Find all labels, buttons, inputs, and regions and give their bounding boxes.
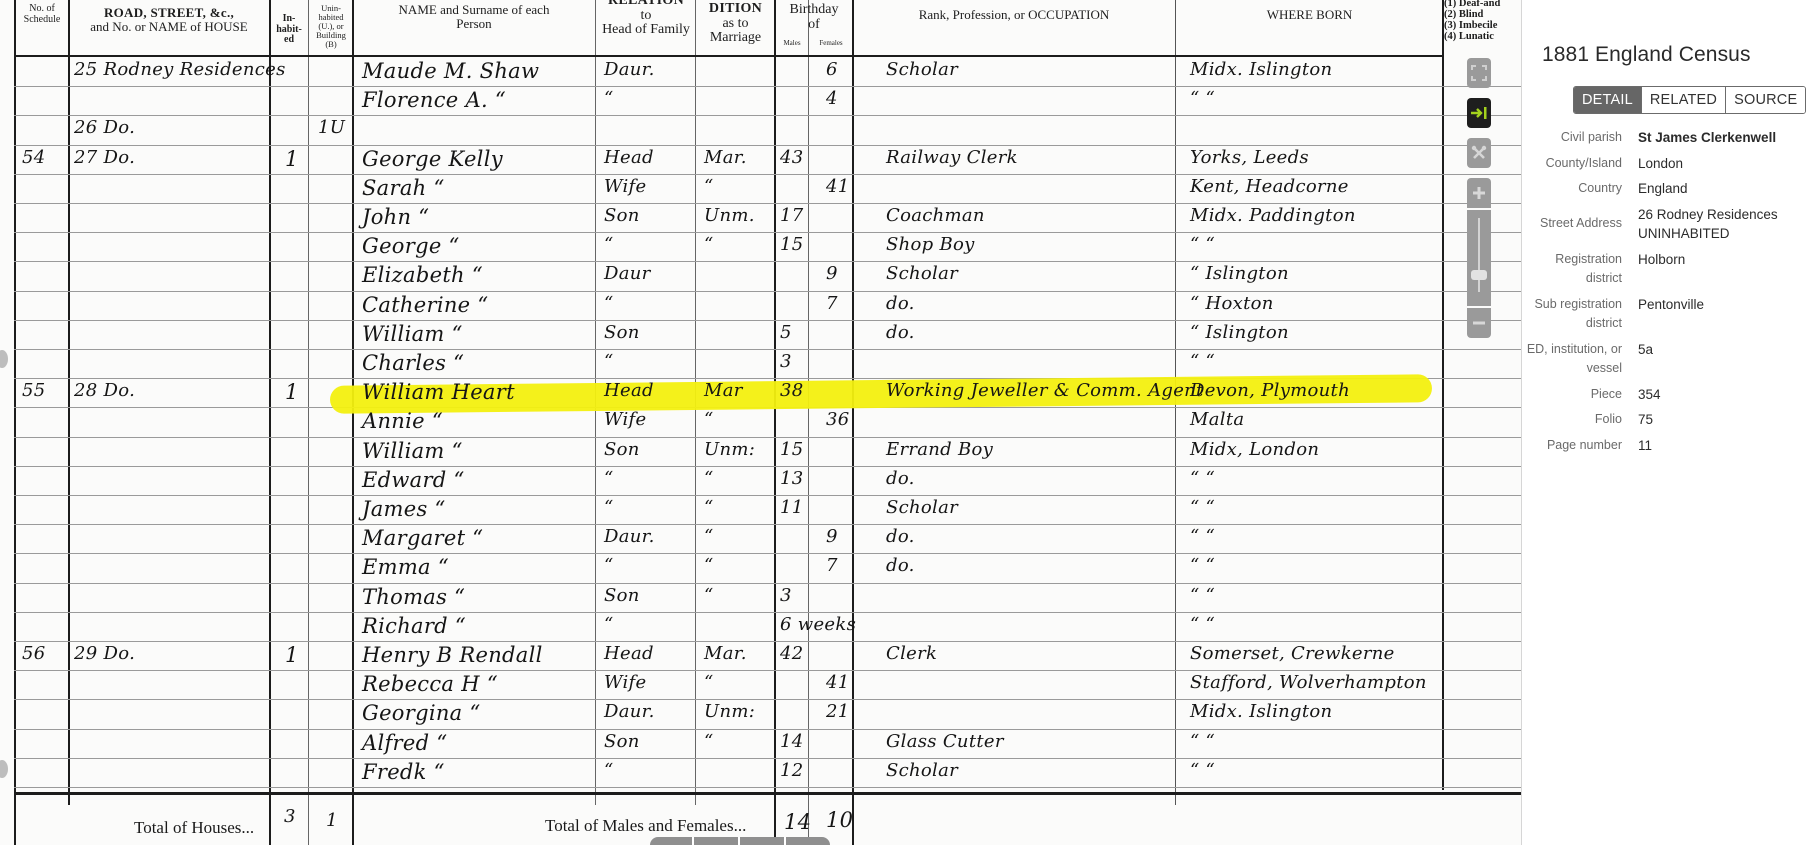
row-rule (14, 261, 1521, 262)
row-rule (14, 524, 1521, 525)
cell-female-age: 7 (826, 557, 838, 575)
plus-icon (1471, 185, 1487, 201)
cell-name: Maude M. Shaw (362, 61, 539, 82)
cell-name: Catherine “ (362, 295, 488, 316)
header-rule (14, 55, 1444, 57)
detail-value: London (1638, 154, 1818, 174)
cell-relation: Wife (604, 411, 646, 429)
minus-icon (1471, 315, 1487, 331)
cell-male-age: 14 (780, 733, 804, 751)
cell-address: 25 Rodney Residences (74, 61, 286, 79)
cell-born: “ “ (1190, 499, 1215, 517)
column-rule (308, 0, 309, 845)
row-rule (14, 320, 1521, 321)
cell-occupation: Railway Clerk (886, 149, 1018, 167)
toolbar-segment[interactable] (650, 837, 694, 845)
zoom-slider[interactable] (1467, 210, 1491, 306)
cell-occupation: Scholar (886, 61, 958, 79)
cell-relation: “ (604, 353, 614, 371)
cell-schedule: 56 (22, 645, 46, 663)
cell-born: Malta (1190, 411, 1244, 429)
header-uninhabited: Unin- habited (U.), or Building (B) (310, 4, 352, 49)
cell-name: Fredk “ (362, 762, 445, 783)
detail-value: 75 (1638, 410, 1818, 430)
detail-page-number: Page number 11 (1522, 436, 1820, 456)
cell-inhab: 1 (285, 645, 299, 666)
total-females: 10 (826, 810, 853, 831)
cell-relation: Head (604, 149, 654, 167)
cell-condition: “ (704, 733, 714, 751)
row-rule (14, 729, 1521, 730)
header-occupation: Rank, Profession, or OCCUPATION (854, 8, 1174, 22)
cell-relation: Head (604, 645, 654, 663)
column-rule (808, 0, 809, 845)
cell-female-age: 9 (826, 265, 838, 283)
cell-male-age: 17 (780, 207, 804, 225)
row-rule (14, 232, 1521, 233)
header-males: Males (776, 40, 808, 47)
row-rule (14, 86, 1521, 87)
cell-female-age: 4 (826, 90, 838, 108)
cell-male-age: 3 (780, 587, 792, 605)
cell-occupation: Scholar (886, 265, 958, 283)
cell-born: Yorks, Leeds (1190, 149, 1309, 167)
detail-label: Piece (1522, 385, 1622, 405)
cell-condition: Mar. (704, 645, 747, 663)
cell-name: William “ (362, 324, 463, 345)
census-page-scan[interactable]: No. of Schedule ROAD, STREET, &c.,and No… (0, 0, 1521, 845)
collapse-panel-button[interactable] (1467, 98, 1491, 128)
cell-name: John “ (362, 207, 429, 228)
detail-country: Country England (1522, 179, 1820, 199)
row-rule (14, 670, 1521, 671)
cell-condition: “ (704, 236, 714, 254)
cell-condition: “ (704, 557, 714, 575)
cell-relation: “ (604, 762, 614, 780)
column-rule (68, 0, 70, 805)
cell-occupation: do. (886, 295, 915, 313)
detail-label: Civil parish (1522, 128, 1622, 148)
cell-condition: Unm: (704, 703, 755, 721)
cell-condition: “ (704, 178, 714, 196)
cell-born: “ “ (1190, 587, 1215, 605)
cell-address: 28 Do. (74, 382, 135, 400)
cell-born: Midx. Islington (1190, 703, 1332, 721)
detail-civil-parish: Civil parish St James Clerkenwell (1522, 128, 1820, 148)
cell-relation: Wife (604, 674, 646, 692)
row-rule (14, 641, 1521, 642)
arrow-to-right-bar-icon (1470, 106, 1488, 120)
header-birthday: Birthdayof (776, 3, 852, 32)
detail-folio: Folio 75 (1522, 410, 1820, 430)
zoom-slider-thumb[interactable] (1471, 270, 1487, 280)
cell-born: “ “ (1190, 762, 1215, 780)
cell-relation: Son (604, 733, 640, 751)
header-road: ROAD, STREET, &c.,and No. or NAME of HOU… (70, 6, 268, 33)
cell-relation: Daur. (604, 703, 655, 721)
cell-condition: Unm. (704, 207, 755, 225)
row-rule (14, 145, 1521, 146)
cell-condition: “ (704, 499, 714, 517)
detail-registration-district: Registration district Holborn (1522, 250, 1820, 289)
tools-icon (1471, 145, 1487, 161)
fullscreen-icon (1471, 65, 1487, 81)
cell-male-age: 43 (780, 149, 804, 167)
cell-schedule: 54 (22, 149, 46, 167)
cell-name: William Heart (362, 382, 515, 403)
cell-occupation: Scholar (886, 499, 958, 517)
cell-name: Georgina “ (362, 703, 481, 724)
cell-uninhab: 1U (318, 119, 345, 137)
row-rule (14, 612, 1521, 613)
binding-hole (0, 760, 8, 778)
cell-relation: “ (604, 236, 614, 254)
tab-detail[interactable]: DETAIL (1574, 87, 1641, 113)
detail-label: County/Island (1522, 154, 1622, 174)
record-tabs: DETAIL RELATED SOURCE (1573, 86, 1806, 114)
row-rule (14, 787, 1521, 788)
detail-value: 5a (1638, 340, 1818, 379)
header-females: Females (810, 40, 852, 47)
toolbar-segment[interactable] (696, 837, 740, 845)
cell-condition: Unm: (704, 441, 755, 459)
cell-relation: “ (604, 499, 614, 517)
detail-label: Registration district (1522, 250, 1622, 289)
detail-label: Page number (1522, 436, 1622, 456)
cell-condition: “ (704, 411, 714, 429)
zoom-in-button[interactable] (1467, 178, 1491, 208)
cell-schedule: 55 (22, 382, 46, 400)
cell-name: William “ (362, 441, 463, 462)
cell-born: “ Islington (1190, 324, 1289, 342)
tab-related[interactable]: RELATED (1641, 87, 1725, 113)
row-rule (14, 203, 1521, 204)
cell-name: Margaret “ (362, 528, 483, 549)
cell-female-age: 36 (826, 411, 850, 429)
cell-occupation: Scholar (886, 762, 958, 780)
cell-born: Kent, Headcorne (1190, 178, 1349, 196)
cell-name: Florence A. “ (362, 90, 506, 111)
cell-name: George Kelly (362, 149, 503, 170)
header-inhabited: In- habit- ed (271, 14, 307, 46)
zoom-out-button[interactable] (1467, 308, 1491, 338)
cell-female-age: 41 (826, 178, 850, 196)
binding-hole (0, 350, 8, 368)
cell-born: Stafford, Wolverhampton (1190, 674, 1427, 692)
cell-occupation: Glass Cutter (886, 733, 1004, 751)
cell-occupation: do. (886, 528, 915, 546)
image-tools-button[interactable] (1467, 138, 1491, 168)
cell-female-age: 21 (826, 703, 850, 721)
cell-born: “ “ (1190, 557, 1215, 575)
cell-born: “ “ (1190, 470, 1215, 488)
cell-relation: “ (604, 557, 614, 575)
header-infirmity: (1) Deaf-and (2) Blind (3) Imbecile (4) … (1444, 0, 1521, 42)
detail-value: St James Clerkenwell (1638, 128, 1818, 148)
column-rule (774, 0, 776, 845)
tab-source[interactable]: SOURCE (1725, 87, 1805, 113)
detail-ed-institution: ED, institution, or vessel 5a (1522, 340, 1820, 379)
cell-name: Thomas “ (362, 587, 465, 608)
cell-female-age: 9 (826, 528, 838, 546)
column-rule (352, 0, 354, 845)
row-rule (14, 495, 1521, 496)
cell-occupation: do. (886, 324, 915, 342)
row-rule (14, 291, 1521, 292)
cell-male-age: 38 (780, 382, 804, 400)
cell-male-age: 12 (780, 762, 804, 780)
cell-condition: “ (704, 528, 714, 546)
cell-name: Rebecca H “ (362, 674, 498, 695)
row-rule (14, 758, 1521, 759)
detail-value: 354 (1638, 385, 1818, 405)
cell-relation: “ (604, 295, 614, 313)
detail-county: County/Island London (1522, 154, 1820, 174)
header-where-born: WHERE BORN (1177, 8, 1442, 22)
cell-relation: Wife (604, 178, 646, 196)
detail-sub-registration-district: Sub registration district Pentonville (1522, 295, 1820, 334)
cell-name: Henry B Rendall (362, 645, 543, 666)
cell-male-age: 13 (780, 470, 804, 488)
total-houses-uninhabited: 1 (326, 812, 338, 830)
cell-name: Emma “ (362, 557, 449, 578)
detail-value: Holborn (1638, 250, 1818, 289)
cell-male-age: 6 weeks (780, 616, 856, 634)
cell-inhab: 1 (285, 382, 299, 403)
row-rule (14, 553, 1521, 554)
cell-occupation: Coachman (886, 207, 985, 225)
cell-male-age: 42 (780, 645, 804, 663)
cell-relation: Head (604, 382, 654, 400)
page-navigation-toolbar[interactable] (650, 837, 830, 845)
total-persons-label: Total of Males and Females... (545, 816, 746, 836)
zoom-slider-track (1478, 218, 1480, 292)
cell-address: 26 Do. (74, 119, 135, 137)
cell-born: Midx. Islington (1190, 61, 1332, 79)
cell-condition: “ (704, 674, 714, 692)
cell-born: Midx, London (1190, 441, 1319, 459)
detail-label: Street Address (1522, 214, 1622, 234)
cell-relation: Son (604, 587, 640, 605)
column-rule (1442, 0, 1444, 790)
cell-relation: Son (604, 324, 640, 342)
cell-relation: Daur. (604, 61, 655, 79)
cell-born: Midx. Paddington (1190, 207, 1356, 225)
cell-born: “ “ (1190, 90, 1215, 108)
detail-value: 26 Rodney Residences UNINHABITED (1638, 205, 1818, 244)
cell-name: Edward “ (362, 470, 465, 491)
row-rule (14, 583, 1521, 584)
cell-born: “ Islington (1190, 265, 1289, 283)
detail-street-address: Street Address 26 Rodney Residences UNIN… (1522, 205, 1820, 244)
fit-to-screen-button[interactable] (1467, 58, 1491, 88)
toolbar-segment[interactable] (788, 837, 830, 845)
cell-name: Annie “ (362, 411, 443, 432)
cell-name: Alfred “ (362, 733, 447, 754)
cell-born: “ “ (1190, 236, 1215, 254)
cell-occupation: do. (886, 557, 915, 575)
cell-relation: Daur (604, 265, 651, 283)
header-name: NAME and Surname of eachPerson (354, 3, 594, 30)
record-title: 1881 England Census (1542, 43, 1751, 67)
column-rule (852, 0, 854, 845)
total-houses-label: Total of Houses... (134, 818, 254, 838)
cell-born: “ Hoxton (1190, 295, 1274, 313)
cell-female-age: 6 (826, 61, 838, 79)
cell-name: Elizabeth “ (362, 265, 483, 286)
cell-name: Richard “ (362, 616, 466, 637)
cell-male-age: 15 (780, 441, 804, 459)
cell-female-age: 41 (826, 674, 850, 692)
toolbar-segment[interactable] (742, 837, 786, 845)
cell-born: “ “ (1190, 528, 1215, 546)
row-rule (14, 349, 1521, 350)
cell-born: “ “ (1190, 616, 1215, 634)
cell-address: 27 Do. (74, 149, 135, 167)
cell-relation: Son (604, 207, 640, 225)
cell-name: Sarah “ (362, 178, 445, 199)
cell-male-age: 15 (780, 236, 804, 254)
cell-born: “ “ (1190, 353, 1215, 371)
row-rule (14, 466, 1521, 467)
detail-label: ED, institution, or vessel (1522, 340, 1622, 379)
detail-label: Folio (1522, 410, 1622, 430)
census-image-viewer[interactable]: No. of Schedule ROAD, STREET, &c.,and No… (0, 0, 1521, 845)
detail-value: England (1638, 179, 1818, 199)
cell-address: 29 Do. (74, 645, 135, 663)
detail-value: 11 (1638, 436, 1818, 456)
detail-value: Pentonville (1638, 295, 1818, 334)
cell-occupation: Working Jeweller & Comm. Agent (886, 382, 1204, 400)
cell-female-age: 7 (826, 295, 838, 313)
cell-relation: “ (604, 90, 614, 108)
cell-relation: Daur. (604, 528, 655, 546)
record-details: Civil parish St James Clerkenwell County… (1522, 128, 1820, 461)
cell-condition: “ (704, 470, 714, 488)
cell-relation: “ (604, 616, 614, 634)
cell-inhab: 1 (285, 149, 299, 170)
row-rule (14, 437, 1521, 438)
cell-condition: Mar. (704, 149, 747, 167)
cell-male-age: 11 (780, 499, 804, 517)
row-rule (14, 174, 1521, 175)
header-schedule: No. of Schedule (16, 4, 68, 25)
total-males: 14 (784, 812, 811, 833)
cell-born: Devon, Plymouth (1190, 382, 1350, 400)
row-rule (14, 699, 1521, 700)
detail-piece: Piece 354 (1522, 385, 1820, 405)
cell-male-age: 5 (780, 324, 792, 342)
cell-occupation: do. (886, 470, 915, 488)
cell-condition: Mar (704, 382, 743, 400)
header-relation: RELATIONtoHead of Family (597, 0, 695, 38)
column-rule (269, 0, 271, 845)
record-detail-panel: 1881 England Census DETAIL RELATED SOURC… (1521, 0, 1820, 845)
cell-born: Somerset, Crewkerne (1190, 645, 1395, 663)
header-condition: DITIONas toMarriage (697, 2, 774, 46)
cell-name: Charles “ (362, 353, 464, 374)
cell-occupation: Errand Boy (886, 441, 993, 459)
cell-condition: “ (704, 587, 714, 605)
detail-label: Country (1522, 179, 1622, 199)
cell-name: George “ (362, 236, 460, 257)
column-rule (14, 0, 16, 845)
row-rule (14, 115, 1521, 116)
detail-label: Sub registration district (1522, 295, 1622, 334)
cell-born: “ “ (1190, 733, 1215, 751)
cell-occupation: Clerk (886, 645, 937, 663)
cell-male-age: 3 (780, 353, 792, 371)
cell-relation: “ (604, 470, 614, 488)
cell-relation: Son (604, 441, 640, 459)
total-houses-inhabited: 3 (284, 808, 296, 826)
cell-occupation: Shop Boy (886, 236, 975, 254)
totals-rule (14, 792, 1521, 795)
cell-name: James “ (362, 499, 446, 520)
